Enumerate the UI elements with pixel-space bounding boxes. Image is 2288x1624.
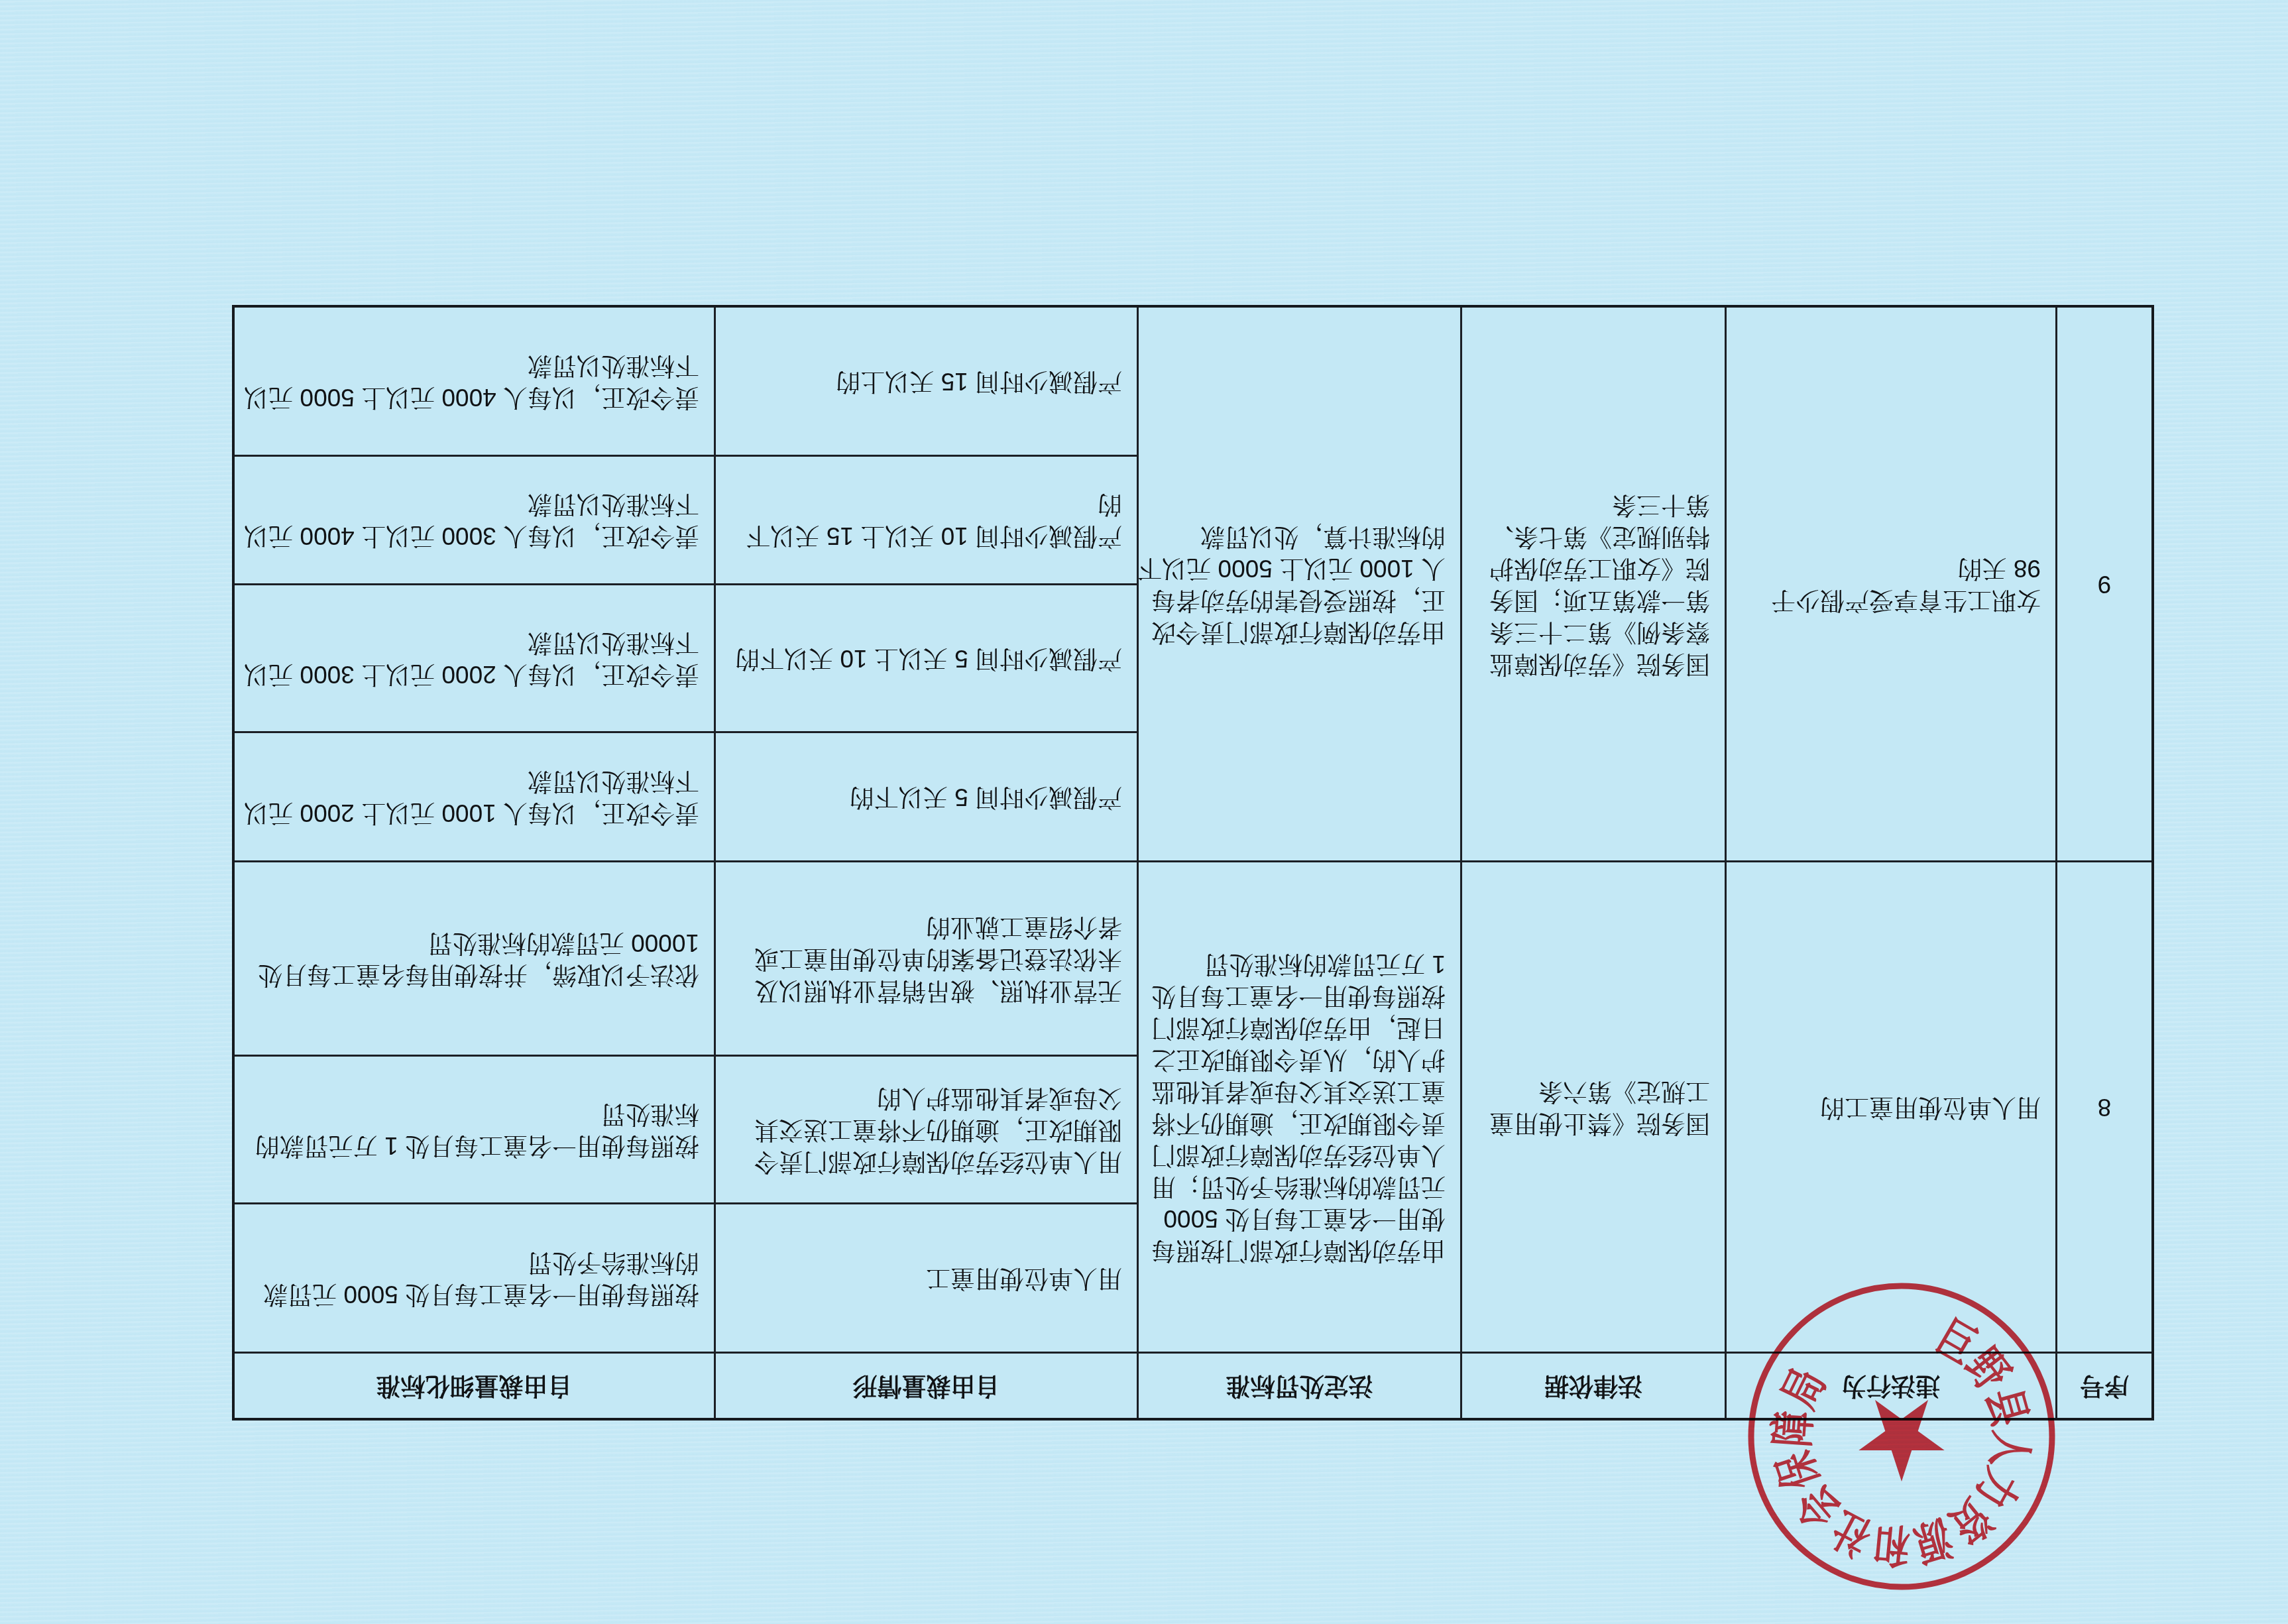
star-icon [1859, 1400, 1944, 1481]
row-9-situation-2: 产假减少时间 5 天以上 10 天以下的 [716, 585, 1137, 731]
row-9-standard-2: 责令改正，以每人 2000 元以上 3000 元以 下标准处以罚款 [235, 585, 714, 731]
discretion-standards-table: 序号 违法行为 法律依据 法定处罚标准 自由裁量情形 自由裁量细化标准 8 用人… [232, 305, 2154, 1421]
row-8-situation-3: 无营业执照、被吊销营业执照以及 未依法登记备案的单位使用童工或 者介绍童工就业的 [716, 862, 1137, 1055]
header-legal-basis: 法律依据 [1462, 1354, 1725, 1418]
row-9-situation-3: 产假减少时间 10 天以上 15 天以下 的 [716, 457, 1137, 583]
scanned-page: 序号 违法行为 法律依据 法定处罚标准 自由裁量情形 自由裁量细化标准 8 用人… [0, 0, 2288, 1624]
row-9-violation: 女职工生育享受产假少于 98 天的 [1727, 308, 2055, 860]
row-9-standard-1: 责令改正，以每人 1000 元以上 2000 元以 下标准处以罚款 [235, 733, 714, 860]
row-8-statutory-penalty: 由劳动保障行政部门按照每 使用一名童工每月处 5000 元罚款的标准给予处罚；用… [1139, 862, 1460, 1352]
row-8-standard-2: 按照每使用一名童工每月处 1 万元罚款的 标准处罚 [235, 1057, 714, 1202]
row-8-serial-no: 8 [2057, 862, 2151, 1352]
row-8-legal-basis: 国务院《禁止使用童 工规定》第六条 [1462, 862, 1725, 1352]
row-9-standard-4: 责令改正，以每人 4000 元以上 5000 元以 下标准处以罚款 [235, 308, 714, 455]
header-statutory-penalty: 法定处罚标准 [1139, 1354, 1460, 1418]
row-9-situation-1: 产假减少时间 5 天以下的 [716, 733, 1137, 860]
row-8-situation-2: 用人单位经劳动保障行政部门责令 限期改正，逾期仍不将童工送交其 父母或者其他监护… [716, 1057, 1137, 1202]
row-8-standard-3: 依法予以取缔，并按使用每名童工每月处 10000 元罚款的标准处罚 [235, 862, 714, 1055]
header-discretion-standard: 自由裁量细化标准 [235, 1354, 714, 1418]
row-8-standard-1: 按照每使用一名童工每月处 5000 元罚款 的标准给予处罚 [235, 1204, 714, 1352]
row-9-serial-no: 9 [2057, 308, 2151, 860]
row-9-statutory-penalty: 由劳动保障行政部门责令改 正，按照受侵害的劳动者每 人 1000 元以上 500… [1139, 308, 1460, 860]
header-discretion-situation: 自由裁量情形 [716, 1354, 1137, 1418]
row-8-situation-1: 用人单位使用童工 [716, 1204, 1137, 1352]
official-seal: 巨野县人力资源和社会保障局 [1743, 1277, 2061, 1595]
row-9-standard-3: 责令改正，以每人 3000 元以上 4000 元以 下标准处以罚款 [235, 457, 714, 583]
row-9-situation-4: 产假减少时间 15 天以上的 [716, 308, 1137, 455]
row-9-legal-basis: 国务院《劳动保障监 察条例》第二十三条 第一款第五项；国务 院《女职工劳动保护 … [1462, 308, 1725, 860]
header-serial-no: 序号 [2057, 1354, 2151, 1418]
